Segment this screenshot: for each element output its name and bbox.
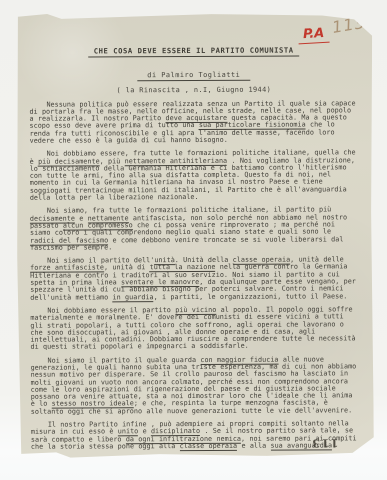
underlined-phrase: sua avanguardia [270,441,332,450]
typewritten-content: CHE COSA DEVE ESSERE IL PARTITO COMUNIST… [29,37,360,465]
scanned-paper-sheet: P.A 113 113 CHE COSA DEVE ESSERE IL PART… [15,11,374,459]
underlined-phrase: in guardia [113,293,154,302]
paragraph: Noi dobbiamo essere, fra tutte le formaz… [30,150,359,203]
paragraph: Noi siamo il partito il quale guarda con… [31,356,360,416]
paragraph: Noi dobbiamo essere il partito più vicin… [30,306,359,351]
paragraph: Il nostro Partito infine , può adempiere… [31,420,360,451]
paragraph: Nessuna politica può essere realizzata s… [29,100,358,145]
scanned-page-background: { "annotations": { "red_initials": "P.A"… [0,0,387,480]
paragraph: Noi siamo, fra tutte le formazioni polit… [30,207,359,252]
byline: di Palmiro Togliatti [29,61,358,81]
document-title: CHE COSA DEVE ESSERE IL PARTITO COMUNIST… [88,46,300,58]
signature: PALMIRO TOGLIATTI [31,456,360,465]
byline-text: di Palmiro Togliatti [137,70,250,80]
pencil-page-number-top: 113 [331,13,367,37]
source-citation: ( la Rinascita , n.I, Giugno 1944) [29,85,358,94]
paragraph: Noi siamo il partito dell'unità. Unità d… [30,256,359,301]
underlined-phrase: classe operaia [180,442,238,451]
document-body: Nessuna politica può essere realizzata s… [29,100,360,451]
document-header: CHE COSA DEVE ESSERE IL PARTITO COMUNIST… [29,37,358,94]
